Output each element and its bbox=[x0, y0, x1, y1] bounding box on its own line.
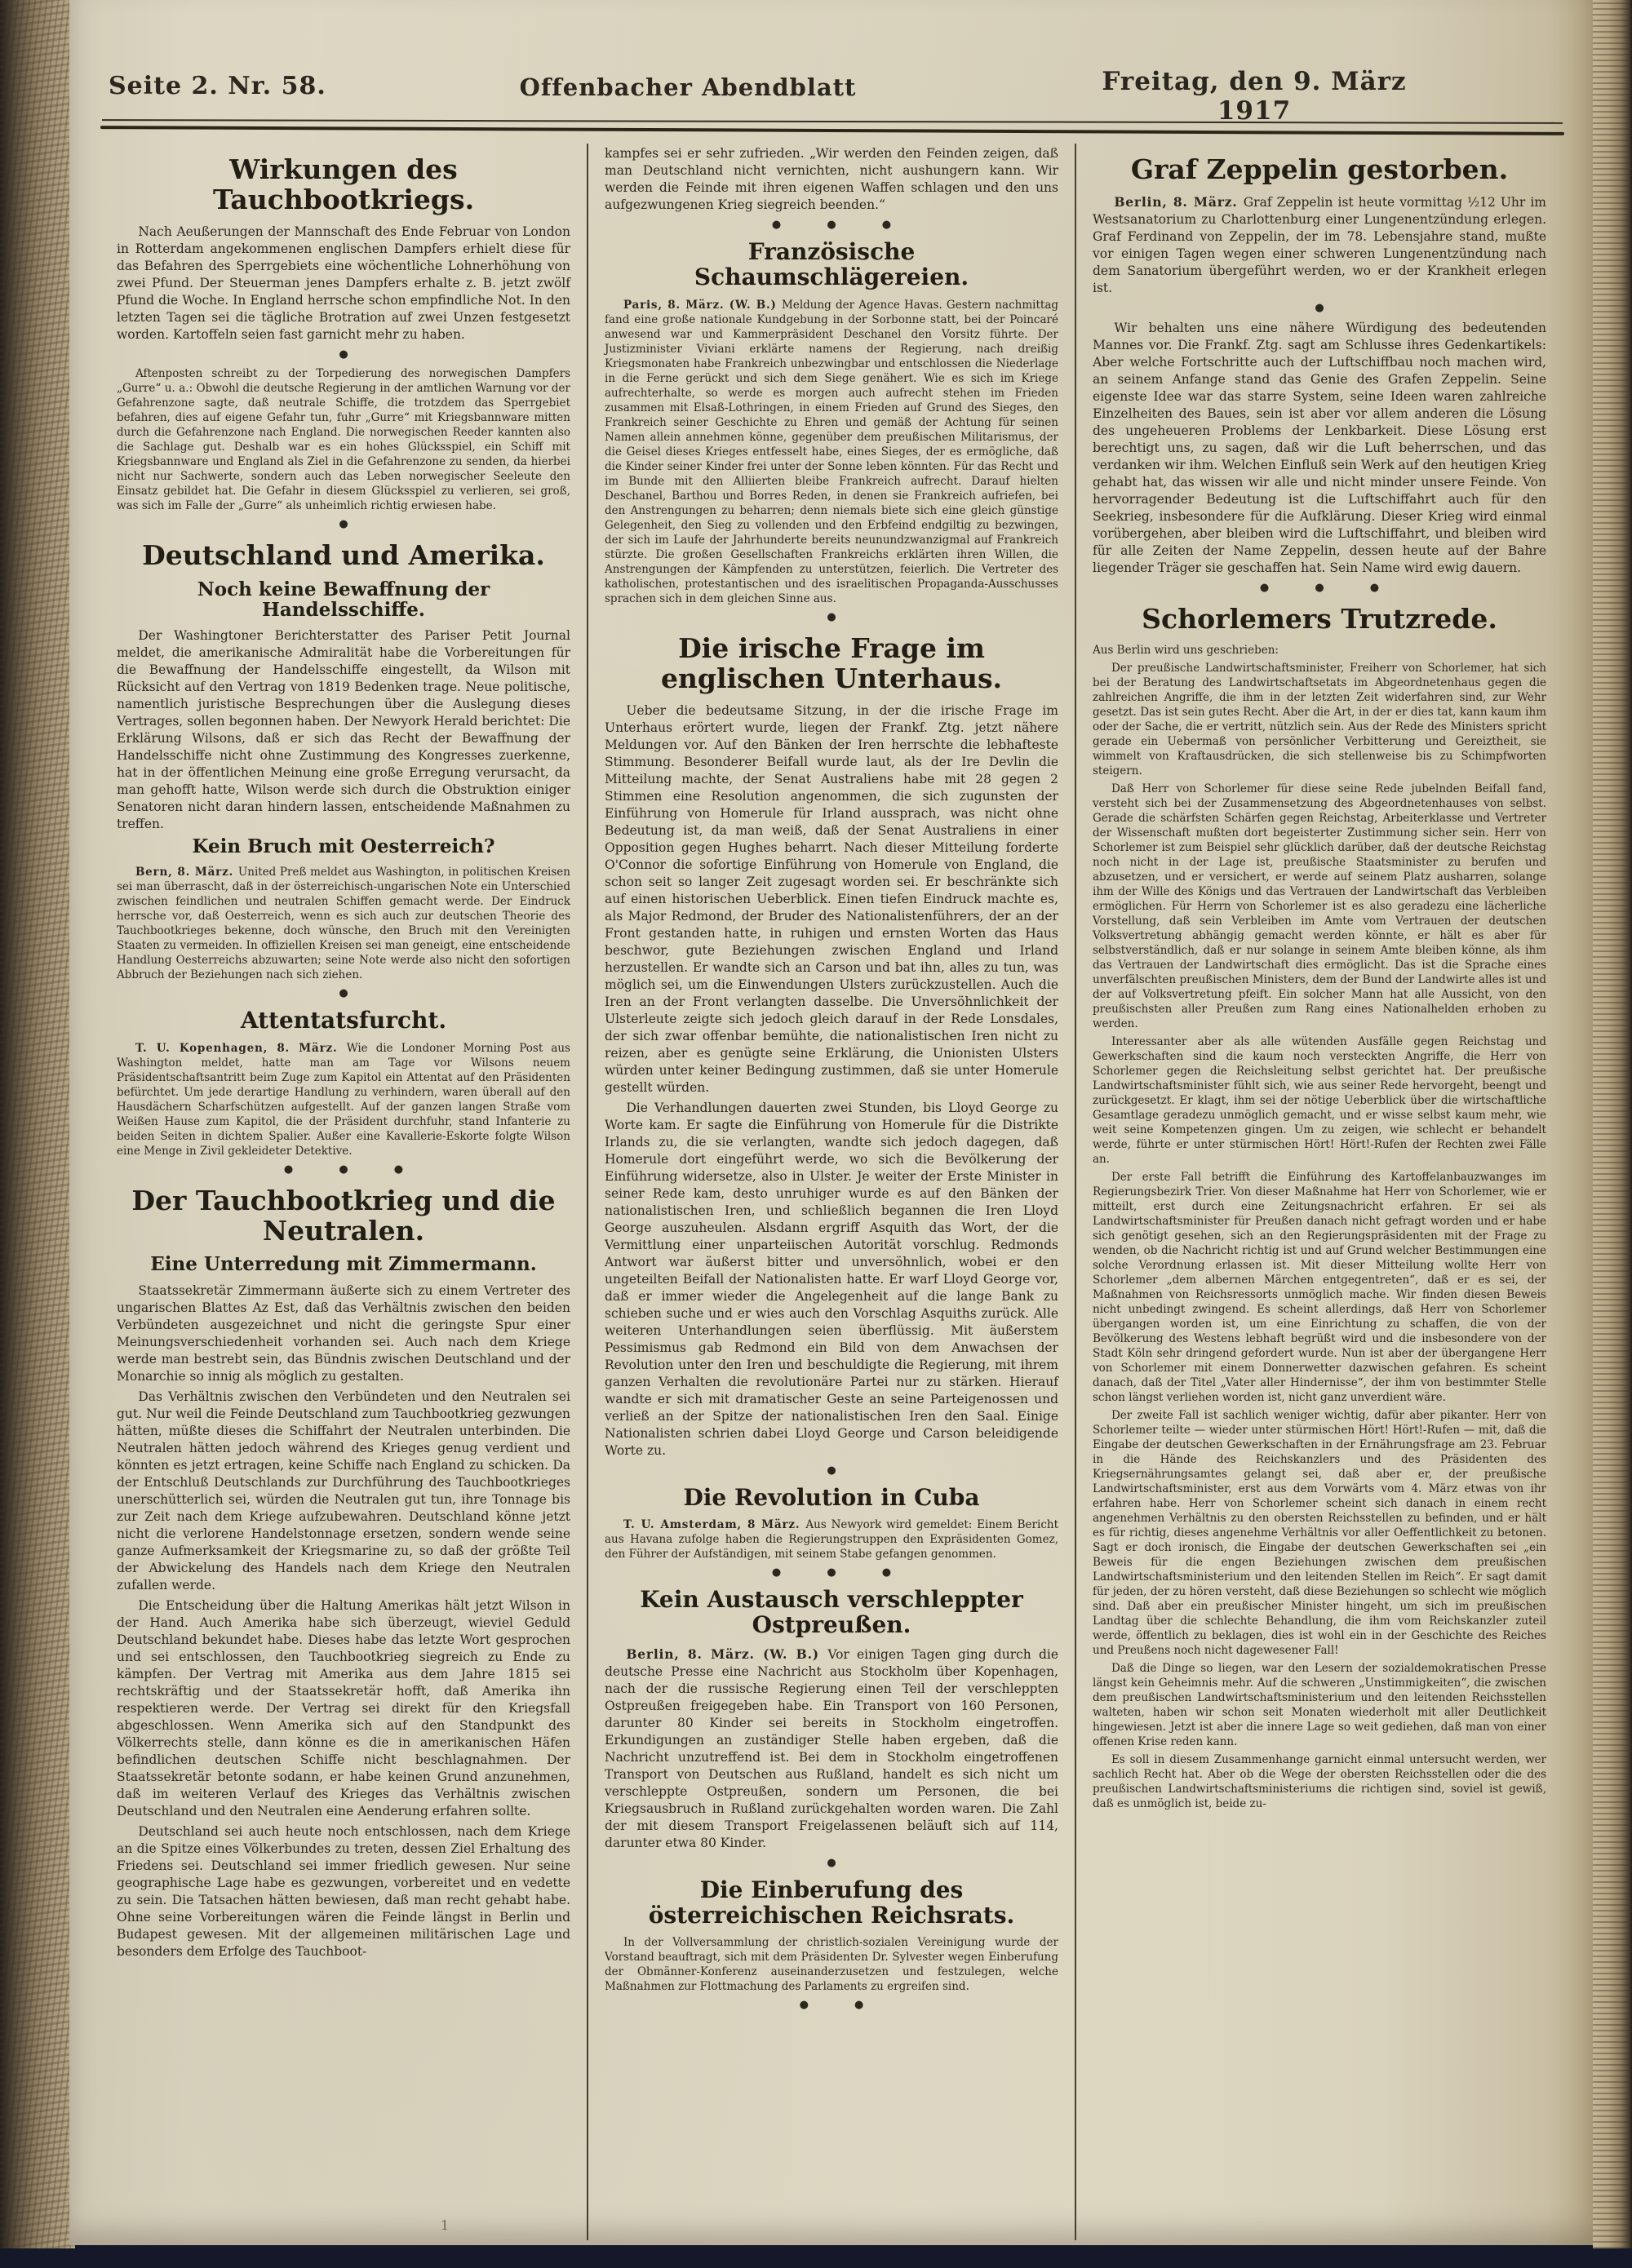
article-headline: Französische Schaumschlägereien. bbox=[610, 240, 1053, 290]
article-separator: ● ● ● bbox=[605, 1566, 1058, 1579]
article-paragraph: In der Vollversammlung der christlich-so… bbox=[605, 1935, 1058, 1994]
article-paragraph: Das Verhältnis zwischen den Verbündeten … bbox=[117, 1389, 570, 1594]
article-paragraph: Staatssekretär Zimmermann äußerte sich z… bbox=[117, 1282, 570, 1385]
article-paragraph: Der preußische Landwirtschaftsminister, … bbox=[1093, 661, 1546, 778]
article-headline: Schorlemers Trutzrede. bbox=[1098, 605, 1541, 635]
dateline: Paris, 8. März. (W. B.) bbox=[623, 299, 782, 312]
article-separator: ● ● ● bbox=[605, 219, 1058, 232]
newspaper-column-3: Graf Zeppelin gestorben.Berlin, 8. März.… bbox=[1075, 144, 1563, 2240]
article-headline: Die irische Frage im englischen Unterhau… bbox=[610, 634, 1053, 694]
article-paragraph: T. U. Kopenhagen, 8. März. Wie die Londo… bbox=[117, 1041, 570, 1158]
article-paragraph: Die Entscheidung über die Haltung Amerik… bbox=[117, 1597, 570, 1820]
newspaper-column-1: Wirkungen des Tauchbootkriegs.Nach Aeuße… bbox=[100, 144, 587, 2240]
article-headline: Wirkungen des Tauchbootkriegs. bbox=[122, 155, 565, 215]
dateline: Berlin, 8. März. bbox=[1114, 194, 1243, 210]
article-paragraph: Daß die Dinge so liegen, war den Lesern … bbox=[1093, 1661, 1546, 1749]
article-separator: ● bbox=[117, 348, 570, 361]
article-separator: ● bbox=[117, 987, 570, 1000]
article-paragraph: Aus Berlin wird uns geschrieben: bbox=[1093, 643, 1546, 658]
page-number-issue: Seite 2. Nr. 58. bbox=[109, 72, 326, 100]
article-paragraph: Es soll in diesem Zusammenhange garnicht… bbox=[1093, 1752, 1546, 1811]
issue-date: Freitag, den 9. März 1917 bbox=[1083, 67, 1426, 126]
article-headline: Die Revolution in Cuba bbox=[610, 1486, 1053, 1511]
article-subheadline: Noch keine Bewaffnung der Handelsschiffe… bbox=[120, 579, 567, 621]
article-paragraph: Bern, 8. März. United Preß meldet aus Wa… bbox=[117, 865, 570, 982]
article-separator: ● bbox=[605, 1857, 1058, 1870]
columns-container: Wirkungen des Tauchbootkriegs.Nach Aeuße… bbox=[100, 144, 1563, 2240]
article-separator: ● ● ● bbox=[117, 1163, 570, 1176]
article-paragraph: Nach Aeußerungen der Mannschaft des Ende… bbox=[117, 224, 570, 343]
article-paragraph: T. U. Amsterdam, 8 März. Aus Newyork wir… bbox=[605, 1517, 1058, 1561]
article-paragraph: Die Verhandlungen dauerten zwei Stunden,… bbox=[605, 1100, 1058, 1460]
newspaper-column-2: kampfes sei er sehr zufrieden. „Wir werd… bbox=[587, 144, 1075, 2240]
article-paragraph: Der erste Fall betrifft die Einführung d… bbox=[1093, 1170, 1546, 1405]
masthead-rule-thick bbox=[100, 126, 1564, 135]
article-separator: ● bbox=[117, 518, 570, 531]
article-separator: ● ● bbox=[605, 1999, 1058, 2012]
article-paragraph: Daß Herr von Schorlemer für diese seine … bbox=[1093, 782, 1546, 1031]
article-paragraph: Wir behalten uns eine nähere Würdigung d… bbox=[1093, 320, 1546, 577]
article-paragraph: Berlin, 8. März. (W. B.) Vor einigen Tag… bbox=[605, 1646, 1058, 1852]
article-separator: ● bbox=[605, 1464, 1058, 1477]
article-separator: ● bbox=[605, 611, 1058, 624]
adjacent-page-edge bbox=[1593, 0, 1632, 2248]
article-headline: Der Tauchbootkrieg und die Neutralen. bbox=[122, 1186, 565, 1247]
masthead-title: Offenbacher Abendblatt bbox=[517, 73, 859, 101]
article-paragraph: Der Washingtoner Berichterstatter des Pa… bbox=[117, 627, 570, 833]
article-subheadline: Kein Bruch mit Oesterreich? bbox=[120, 836, 567, 857]
article-headline: Deutschland und Amerika. bbox=[122, 541, 565, 571]
article-headline: Graf Zeppelin gestorben. bbox=[1098, 155, 1541, 185]
article-paragraph: Paris, 8. März. (W. B.) Meldung der Agen… bbox=[605, 298, 1058, 606]
article-paragraph: kampfes sei er sehr zufrieden. „Wir werd… bbox=[605, 145, 1058, 214]
dateline: Berlin, 8. März. (W. B.) bbox=[626, 1646, 827, 1662]
article-paragraph: Interessanter aber als alle wütenden Aus… bbox=[1093, 1034, 1546, 1167]
article-paragraph: Deutschland sei auch heute noch entschlo… bbox=[117, 1823, 570, 1960]
page-bottom-mark: 1 bbox=[441, 2217, 449, 2233]
newspaper-page: Seite 2. Nr. 58. Offenbacher Abendblatt … bbox=[69, 0, 1594, 2245]
article-paragraph: Der zweite Fall ist sachlich weniger wic… bbox=[1093, 1408, 1546, 1658]
article-paragraph: Berlin, 8. März. Graf Zeppelin ist heute… bbox=[1093, 193, 1546, 297]
dateline: T. U. Kopenhagen, 8. März. bbox=[135, 1042, 347, 1055]
page-stack-edge bbox=[0, 0, 75, 2248]
article-paragraph: Ueber die bedeutsame Sitzung, in der die… bbox=[605, 702, 1058, 1096]
article-paragraph: Aftenposten schreibt zu der Torpedierung… bbox=[117, 366, 570, 513]
dateline: Bern, 8. März. bbox=[135, 866, 238, 879]
article-separator: ● ● ● bbox=[1093, 582, 1546, 595]
photographed-newspaper-page: Seite 2. Nr. 58. Offenbacher Abendblatt … bbox=[0, 0, 1632, 2268]
article-headline: Die Einberufung des österreichischen Rei… bbox=[610, 1878, 1053, 1929]
article-headline: Kein Austausch verschleppter Ostpreußen. bbox=[610, 1588, 1053, 1638]
article-headline: Attentatsfurcht. bbox=[122, 1008, 565, 1034]
article-separator: ● bbox=[1093, 302, 1546, 315]
dateline: T. U. Amsterdam, 8 März. bbox=[623, 1518, 805, 1531]
page-header: Seite 2. Nr. 58. Offenbacher Abendblatt … bbox=[69, 67, 1594, 116]
article-subheadline: Eine Unterredung mit Zimmermann. bbox=[120, 1254, 567, 1274]
